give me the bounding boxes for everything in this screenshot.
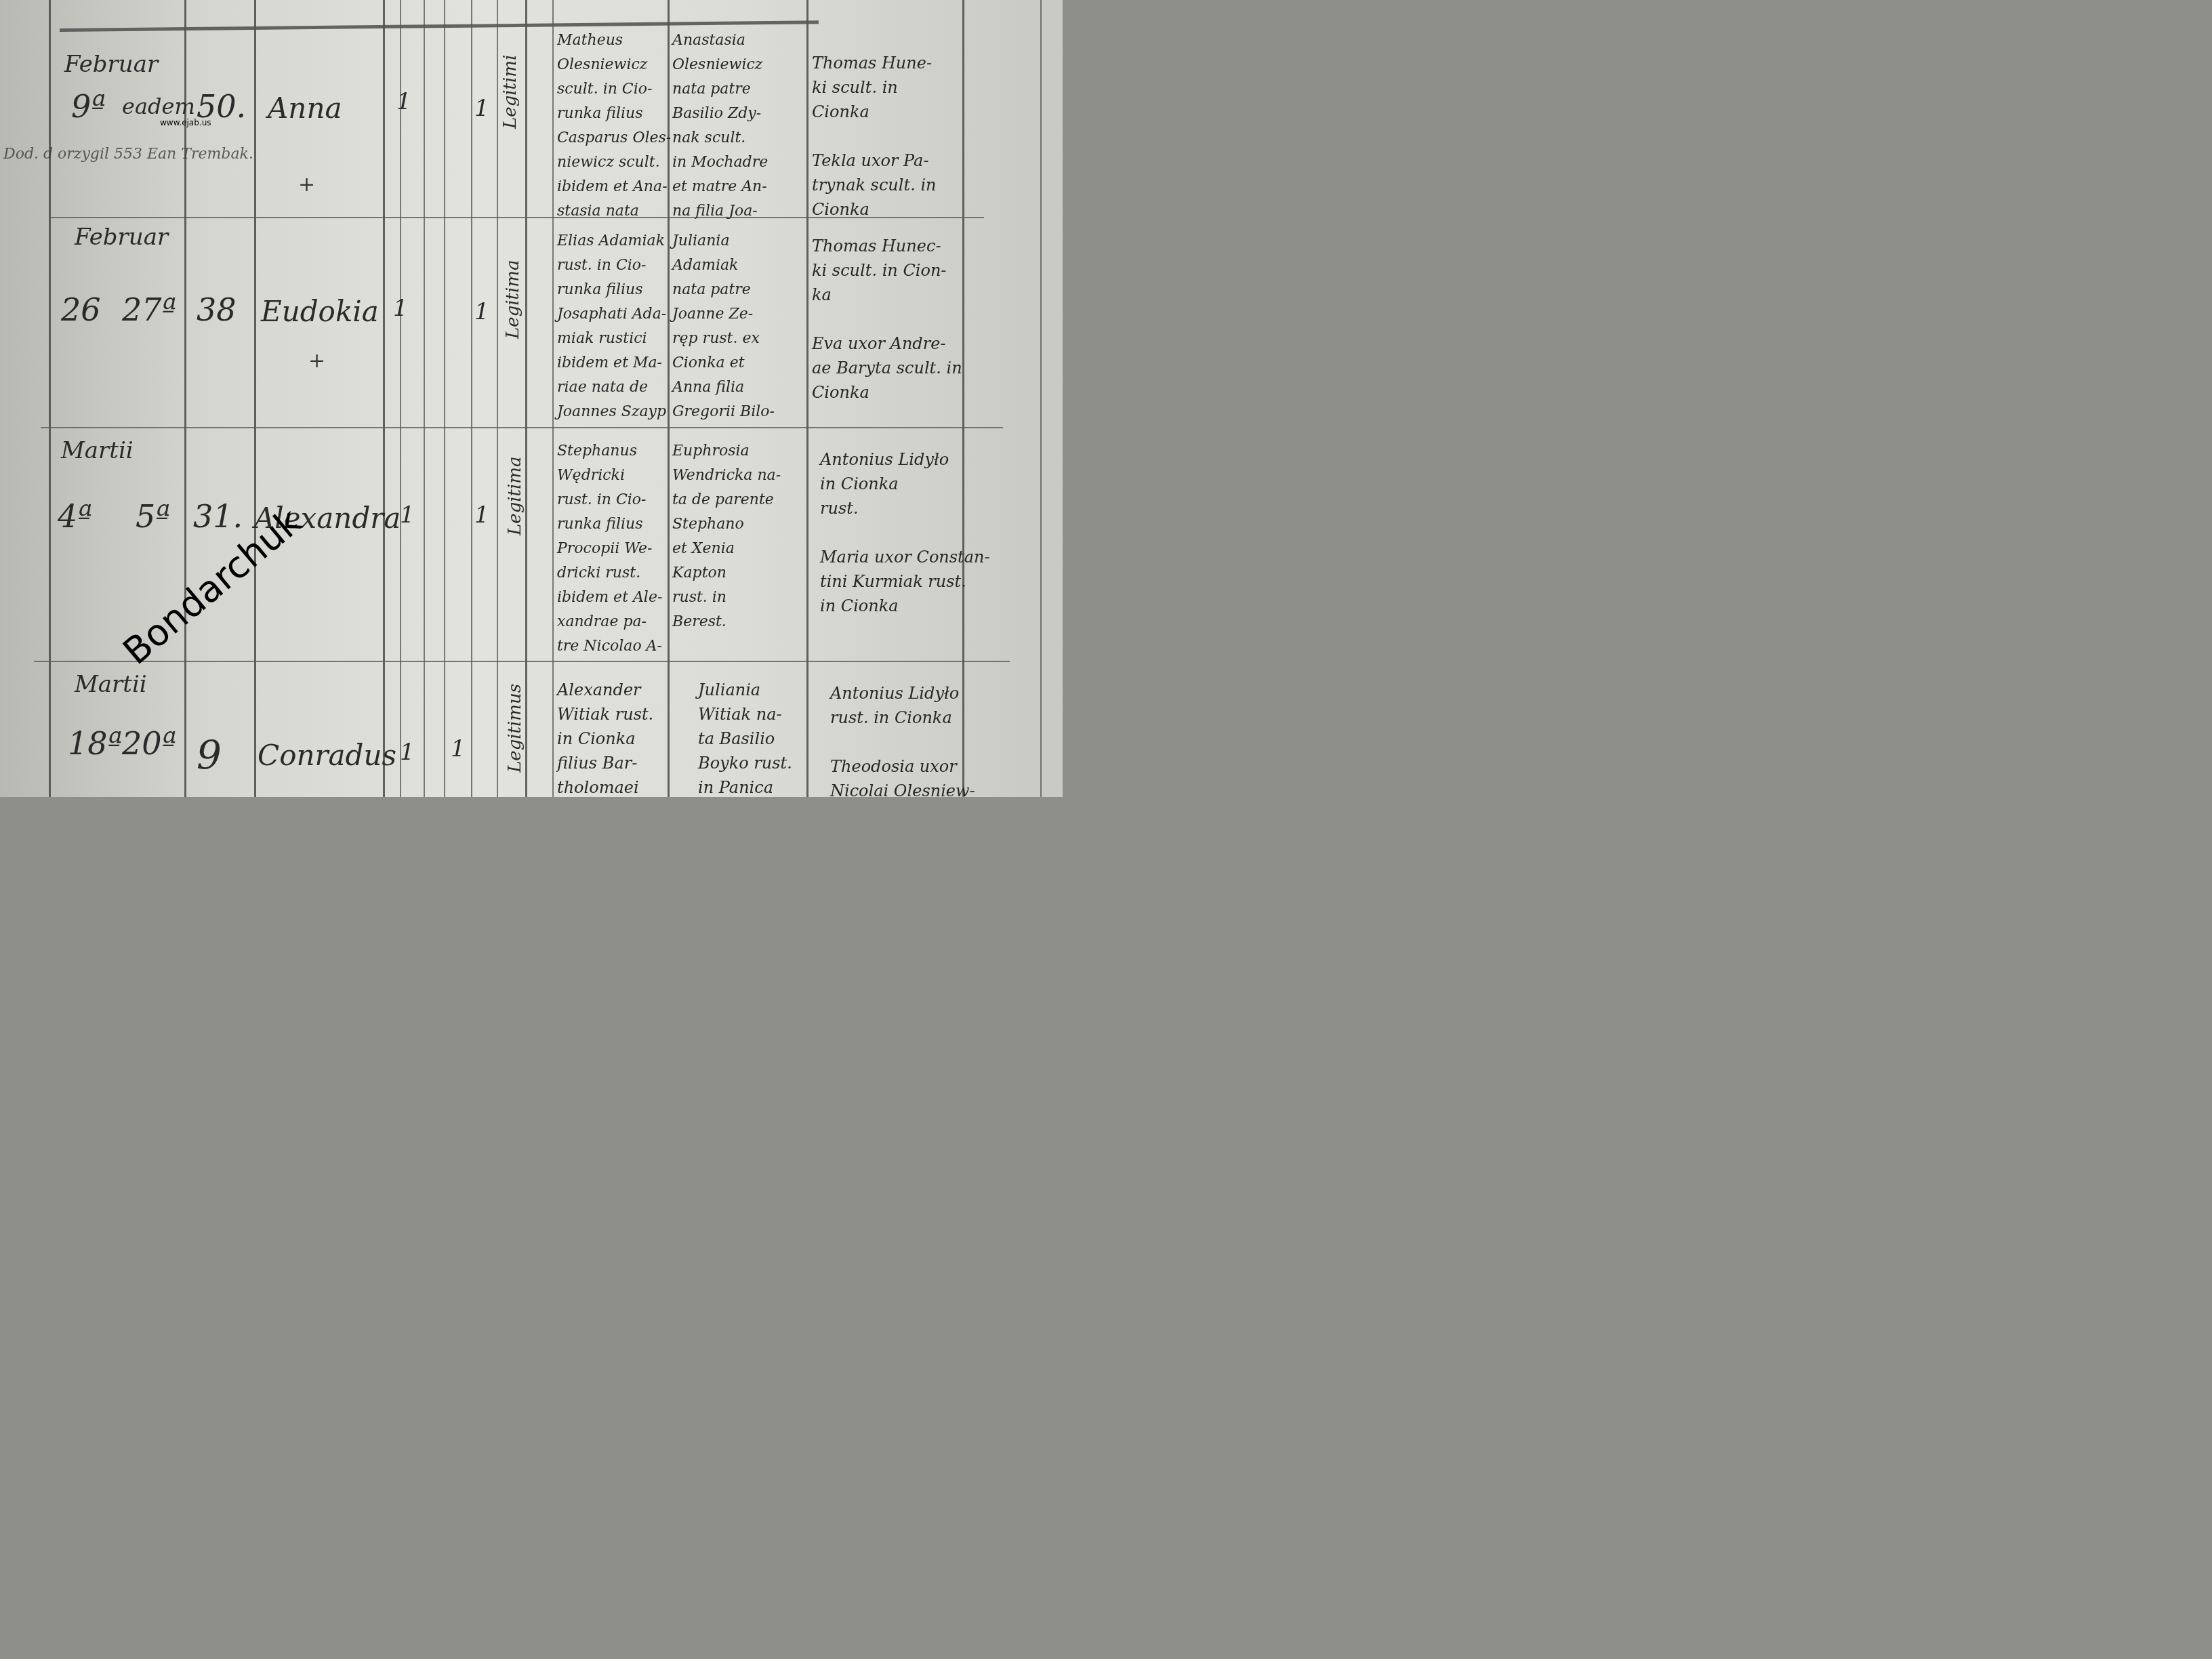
child-name: Conradus: [258, 739, 396, 772]
column-rule: [49, 0, 51, 797]
sex-mark: 1: [400, 739, 415, 766]
column-rule: [444, 0, 445, 797]
legitimacy: Legitimi: [500, 55, 520, 129]
baptism-day: 20ª: [122, 725, 176, 762]
entry-separator: [34, 661, 1010, 662]
deceased-cross-icon: +: [298, 173, 315, 197]
column-rule: [497, 0, 498, 797]
religion-mark: 1: [451, 735, 466, 762]
legitimacy: Legitimus: [505, 684, 525, 773]
column-rule: [806, 0, 808, 797]
entry-month: Februar: [75, 224, 168, 251]
birth-day: 18ª: [68, 725, 122, 762]
house-number: 9: [197, 732, 222, 778]
column-rule: [1040, 0, 1042, 797]
margin-note: Dod. d orzygil 553 Ean Trembak.: [3, 146, 253, 163]
entry-month: Martii: [61, 437, 134, 464]
sex-mark: 1: [400, 501, 415, 529]
godparents-column: Antonius Lidyłorust. in Cionka Theodosia…: [830, 681, 975, 797]
religion-mark: 1: [474, 95, 489, 122]
column-rule: [962, 0, 964, 797]
column-rule: [400, 0, 401, 797]
entry-separator: [41, 427, 1003, 428]
religion-mark: 1: [474, 501, 489, 529]
father-column: Elias Adamiakrust. in Cio-runka filiusJo…: [557, 229, 666, 424]
child-name: Anna: [268, 91, 342, 125]
father-column: StephanusWędrickirust. in Cio-runka fili…: [557, 439, 662, 659]
column-rule: [525, 0, 527, 797]
godparents-column: Antonius Lidyłoin Cionkarust. Maria uxor…: [820, 447, 990, 618]
column-rule: [552, 0, 554, 797]
birth-day: 9ª: [71, 88, 106, 125]
mother-column: EuphrosiaWendricka na-ta de parenteSteph…: [672, 439, 781, 634]
legitimacy: Legitima: [503, 260, 523, 339]
godparents-column: Thomas Hunec-ki scult. in Cion-ka Eva ux…: [812, 234, 962, 405]
deceased-cross-icon: +: [308, 349, 325, 373]
godparents-column: Thomas Hune-ki scult. inCionka Tekla uxo…: [812, 51, 937, 222]
mother-column: JulianiaWitiak na-ta BasilioBoyko rust.i…: [698, 678, 798, 797]
legitimacy: Legitima: [505, 456, 525, 535]
column-rule: [383, 0, 385, 797]
column-rule: [424, 0, 425, 797]
mother-column: JulianiaAdamiaknata patreJoanne Ze-ręp r…: [672, 229, 775, 424]
house-number: 31.: [193, 498, 243, 535]
birth-day: 26: [61, 291, 101, 328]
column-rule: [471, 0, 472, 797]
baptism-day: 5ª: [136, 498, 170, 535]
father-column: MatheusOlesniewiczscult. in Cio-runka fi…: [557, 28, 671, 224]
religion-mark: 1: [474, 298, 489, 325]
mother-column: AnastasiaOlesniewicznata patreBasilio Zd…: [672, 28, 768, 224]
entry-month: Februar: [64, 51, 158, 78]
father-column: AlexanderWitiak rust.in Cionkafilius Bar…: [557, 678, 653, 797]
sex-mark: 1: [396, 88, 411, 115]
child-name: Eudokia: [261, 295, 379, 328]
sex-mark: 1: [393, 295, 408, 322]
house-number: 38: [197, 291, 237, 328]
watermark-url: www.ejab.us: [160, 118, 211, 127]
birth-day: 4ª: [58, 498, 92, 535]
entry-month: Martii: [75, 671, 147, 698]
baptism-day: eadem: [122, 94, 195, 119]
baptism-day: 27ª: [122, 291, 176, 328]
column-rule: [254, 0, 256, 797]
register-page: Februar 9ª eadem 50. Anna 1 1 Legitimi +…: [0, 0, 1063, 797]
